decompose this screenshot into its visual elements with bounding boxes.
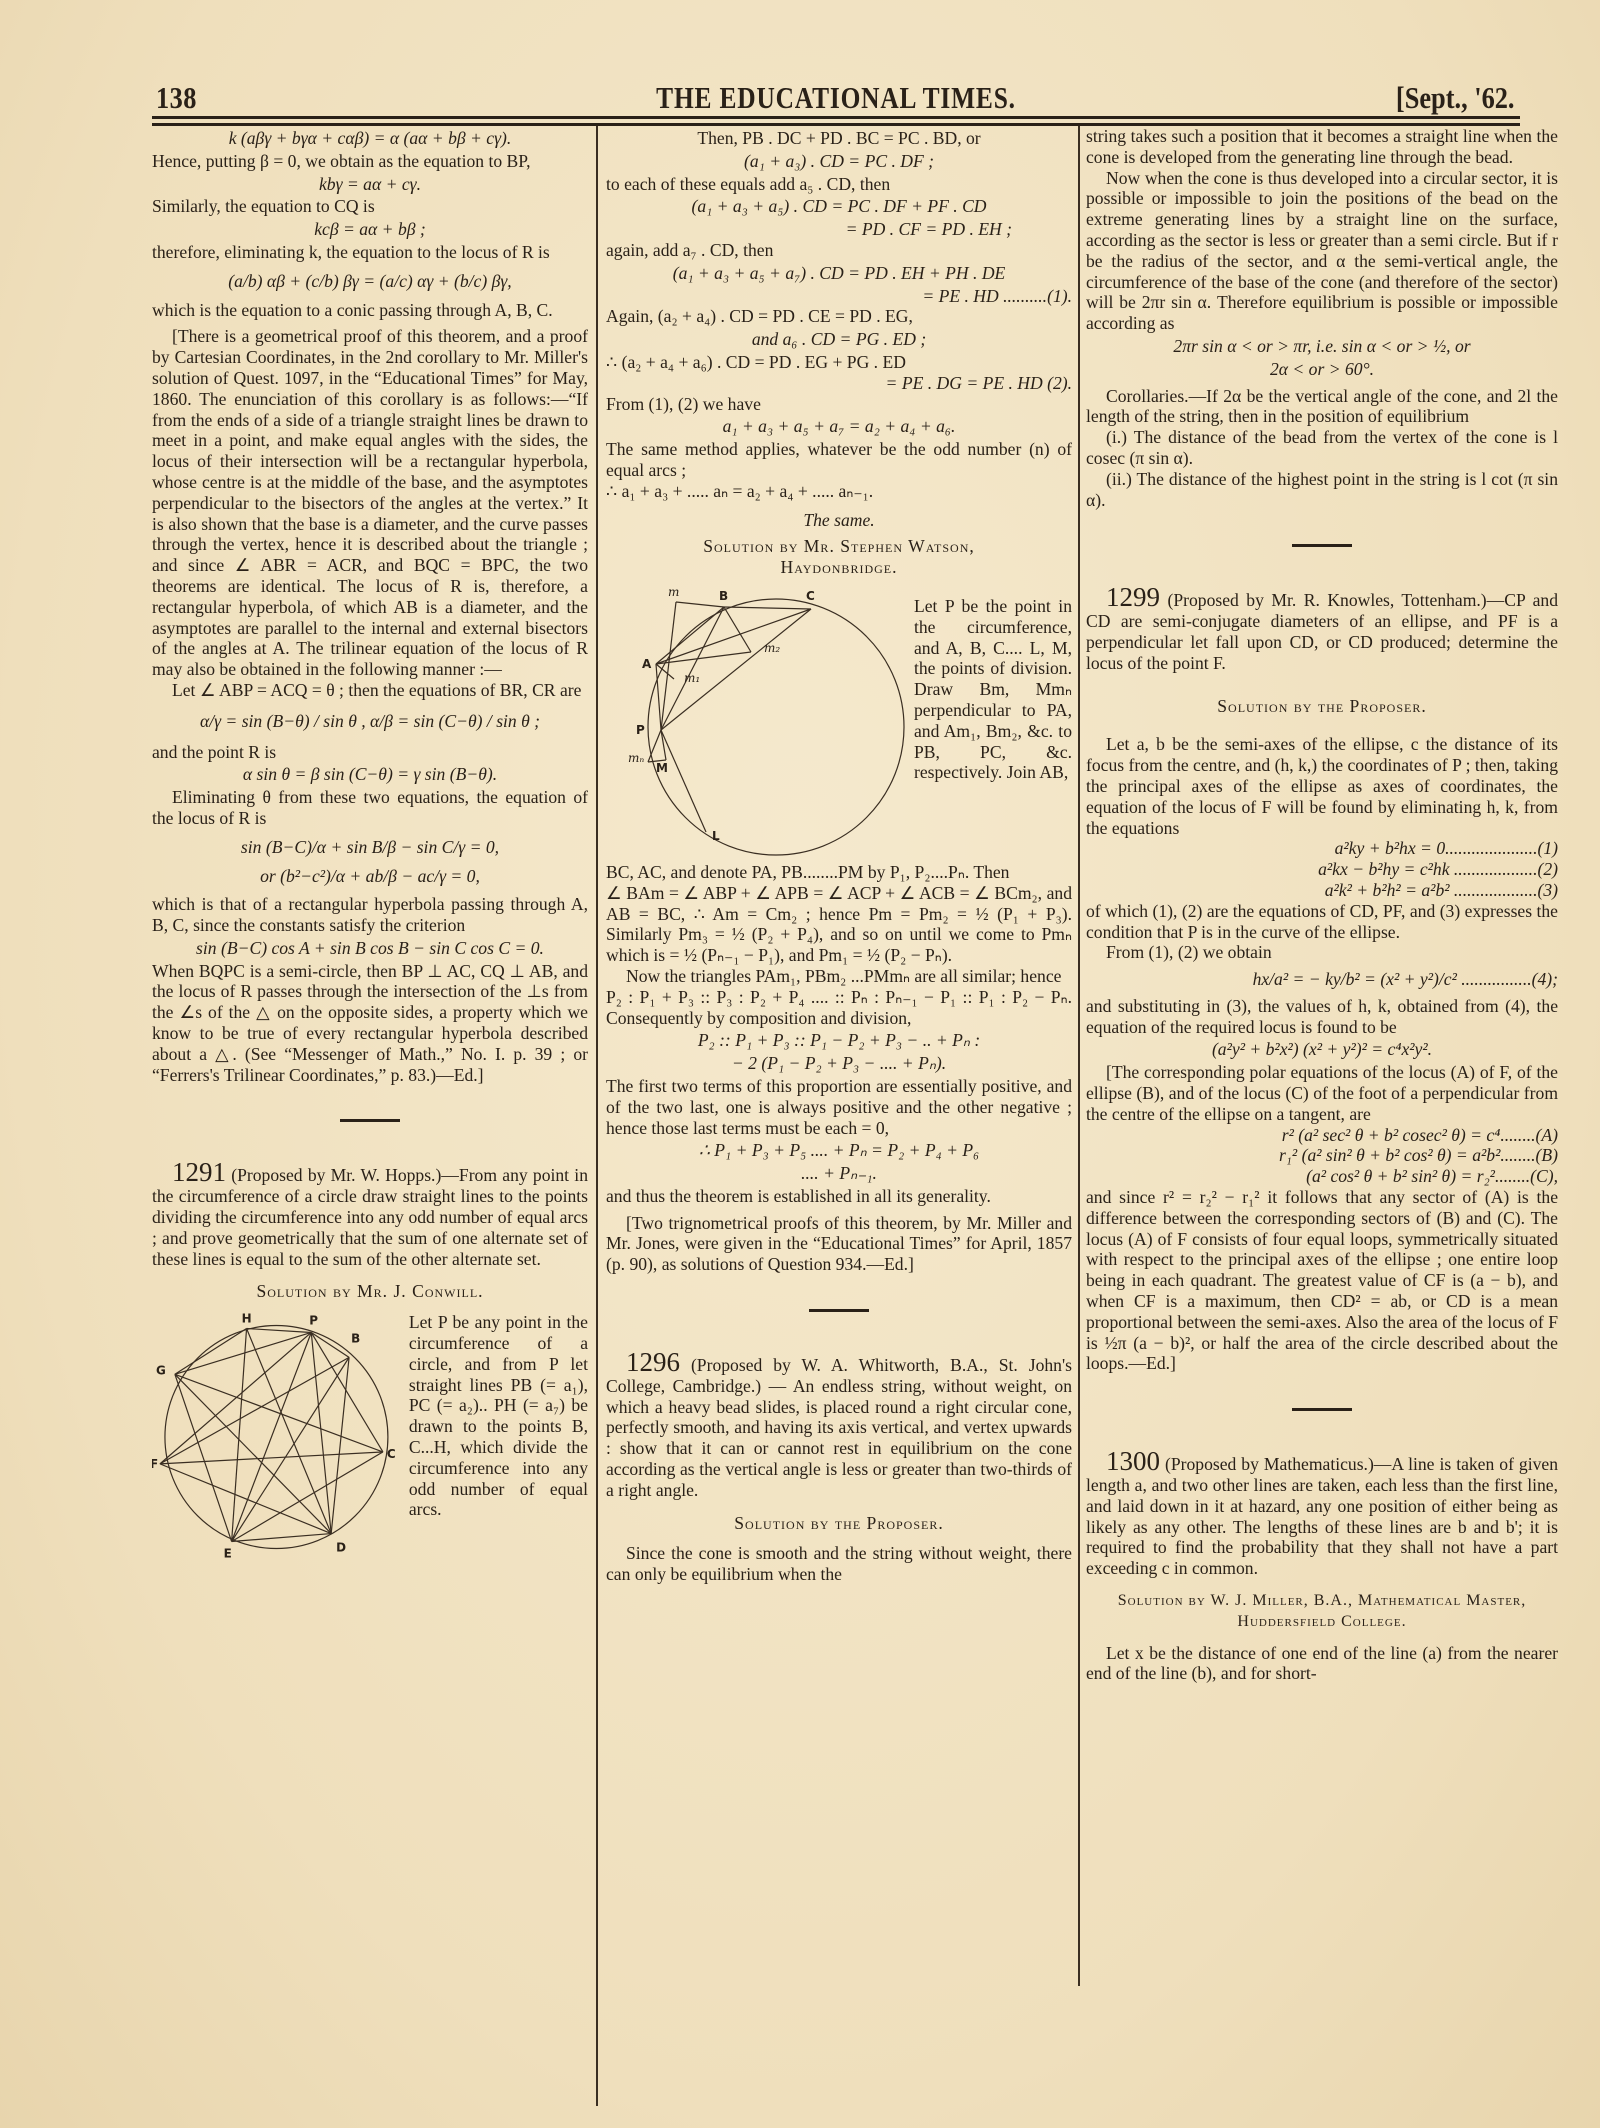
circle-division-figure: m BC A m₂ m₁ P mₙ M L [606,582,906,862]
svg-text:D: D [336,1541,346,1555]
question-number: 1296 [626,1347,680,1377]
column-rule-1 [596,126,598,2106]
editor-note: [Two trignometrical proofs of this theor… [606,1213,1072,1275]
equation: and a₆ . CD = PG . ED ; [606,329,1072,350]
paragraph: From (1), (2) we obtain [1086,942,1558,963]
svg-text:B: B [351,1332,360,1346]
paragraph: From (1), (2) we have [606,394,1072,415]
paragraph: The same method applies, whatever be the… [606,439,1072,481]
paragraph: therefore, eliminating k, the equation t… [152,242,588,263]
equation: 2α < or > 60°. [1086,359,1558,380]
question-1296: 1296 (Proposed by W. A. Whitworth, B.A.,… [606,1352,1072,1501]
paragraph: Similarly, the equation to CQ is [152,196,588,217]
paragraph: Again, (a₂ + a₄) . CD = PD . CE = PD . E… [606,306,1072,327]
equation: (a₁ + a₃ + a₅ + a₇) . CD = PD . EH + PH … [606,263,1072,284]
watson-figure-block: m BC A m₂ m₁ P mₙ M L Let P be the point… [606,582,1072,862]
subheading-the-same: The same. [606,510,1072,531]
equation: P₂ :: P₁ + P₃ :: P₁ − P₂ + P₃ − .. + Pₙ … [606,1030,1072,1051]
paragraph: which is the equation to a conic passing… [152,300,588,321]
equation: kbγ = aα + cγ. [152,174,588,195]
corollary-2: (ii.) The distance of the highest point … [1086,469,1558,511]
equation-C: (a² cos² θ + b² sin² θ) = r₂²........(C)… [1086,1166,1558,1187]
equation: (a₁ + a₃) . CD = PC . DF ; [606,151,1072,172]
paragraph: Let ∠ ABP = ACQ = θ ; then the equations… [152,680,588,701]
svg-text:C: C [806,589,815,603]
solution-heading: Solution by W. J. Miller, B.A., Mathemat… [1086,1591,1558,1633]
paragraph: Let a, b be the semi-axes of the ellipse… [1086,734,1558,838]
equation-locus-alt: or (b²−c²)/α + ab/β − ac/γ = 0, [152,866,588,887]
solution-heading: Solution by the Proposer. [606,1513,1072,1534]
equation-conic: (a/b) αβ + (c/b) βγ = (a/c) αγ + (b/c) β… [152,271,588,292]
question-number: 1300 [1106,1446,1160,1476]
section-divider [1292,544,1352,547]
svg-text:mₙ: mₙ [628,751,644,765]
equation: ∴ P₁ + P₃ + P₅ .... + Pₙ = P₂ + P₄ + P₆ [606,1140,1072,1161]
equation-locus: sin (B−C)/α + sin B/β − sin C/γ = 0, [152,837,588,858]
corollary-1: (i.) The distance of the bead from the v… [1086,427,1558,469]
equation-2: = PE . DG = PE . HD (2). [606,373,1072,394]
equation-A: r² (a² sec² θ + b² cosec² θ) = c⁴.......… [1086,1125,1558,1146]
paragraph: Hence, putting β = 0, we obtain as the e… [152,151,588,172]
svg-text:B: B [719,589,728,603]
equation: 2πr sin α < or > πr, i.e. sin α < or > ½… [1086,336,1558,357]
paragraph: and substituting in (3), the values of h… [1086,996,1558,1038]
svg-text:m: m [668,585,679,599]
editor-note: [The corresponding polar equations of th… [1086,1062,1558,1124]
paragraph: ∠ BAm = ∠ ABP + ∠ APB = ∠ ACP + ∠ ACB = … [606,883,1072,966]
equation-criterion: sin (B−C) cos A + sin B cos B − sin C co… [152,938,588,959]
journal-title: THE EDUCATIONAL TIMES. [275,80,1397,116]
paragraph: Now when the cone is thus developed into… [1086,168,1558,334]
equation: (a₁ + a₃ + a₅) . CD = PC . DF + PF . CD [606,196,1072,217]
paragraph: of which (1), (2) are the equations of C… [1086,901,1558,943]
equation: a₁ + a₃ + a₅ + a₇ = a₂ + a₄ + a₆. [606,416,1072,437]
svg-text:C: C [387,1447,396,1461]
svg-text:E: E [224,1547,232,1561]
equation: − 2 (P₁ − P₂ + P₃ − .... + Pₙ). [606,1053,1072,1074]
svg-text:P: P [636,723,645,737]
conwill-solution-text: Let P be any point in the circumference … [409,1312,588,1562]
page-number: 138 [156,80,197,116]
paragraph: Since the cone is smooth and the string … [606,1543,1072,1585]
paragraph: and the point R is [152,742,588,763]
paragraph: again, add a₇ . CD, then [606,240,1072,261]
svg-text:m₁: m₁ [684,671,700,685]
svg-text:M: M [656,761,668,775]
solution-heading: Solution by Mr. J. Conwill. [152,1281,588,1302]
paragraph: which is that of a rectangular hyperbola… [152,894,588,936]
equation-1: a²ky + b²hx = 0.....................(1) [1086,838,1558,859]
svg-text:A: A [642,657,652,671]
svg-text:G: G [156,1364,166,1378]
issue-date: [Sept., '62. [1395,80,1514,116]
section-divider [809,1309,869,1312]
paragraph: Let x be the distance of one end of the … [1086,1643,1558,1685]
header-double-rule [152,116,1520,126]
solution-heading: Solution by Mr. Stephen Watson, [606,536,1072,557]
paragraph: Now the triangles PAm₁, PBm₂ ...PMmₙ are… [606,966,1072,987]
equation-B: r₁² (a² sin² θ + b² cos² θ) = a²b²......… [1086,1145,1558,1166]
equation: ∴ a₁ + a₃ + ..... aₙ = a₂ + a₄ + ..... a… [606,481,1072,502]
section-divider [340,1119,400,1122]
editor-note: [There is a geometrical proof of this th… [152,326,588,680]
paragraph-corollaries: Corollaries.—If 2α be the vertical angle… [1086,386,1558,428]
equation: k (aβγ + bγα + cαβ) = α (aα + bβ + cγ). [152,128,588,149]
equation-3: a²k² + b²h² = a²b² ...................(3… [1086,880,1558,901]
equation-br-cr: α/γ = sin (B−θ) / sin θ , α/β = sin (C−θ… [152,711,588,732]
svg-text:F: F [152,1457,158,1471]
equation-1: = PE . HD ..........(1). [606,286,1072,307]
svg-text:m₂: m₂ [764,641,780,655]
section-divider [1292,1408,1352,1411]
solution-heading: Solution by the Proposer. [1086,696,1558,717]
equation-4: hx/a² = − ky/b² = (x² + y²)/c² .........… [1086,969,1558,990]
question-1291: 1291 (Proposed by Mr. W. Hopps.)—From an… [152,1162,588,1269]
equation: kcβ = aα + bβ ; [152,219,588,240]
nonagon-circle-figure: HPB GCF ED [152,1312,401,1562]
paragraph: and thus the theorem is established in a… [606,1186,1072,1207]
equation: ∴ (a₂ + a₄ + a₆) . CD = PD . EG + PG . E… [606,352,1072,373]
paragraph: The first two terms of this proportion a… [606,1076,1072,1138]
svg-text:P: P [309,1314,318,1328]
paragraph: P₂ : P₁ + P₃ :: P₃ : P₂ + P₄ .... :: Pₙ … [606,987,1072,1029]
middle-column: Then, PB . DC + PD . BC = PC . BD, or (a… [606,126,1072,1585]
question-number: 1299 [1106,582,1160,612]
question-1299: 1299 (Proposed by Mr. R. Knowles, Totten… [1086,587,1558,673]
right-column: string takes such a position that it bec… [1086,126,1558,1684]
watson-solution-text: Let P be the point in the circumference,… [914,596,1072,862]
paragraph: string takes such a position that it bec… [1086,126,1558,168]
left-column: k (aβγ + bγα + cαβ) = α (aα + bβ + cγ). … [152,126,588,1562]
paragraph: When BQPC is a semi-circle, then BP ⊥ AC… [152,961,588,1086]
question-number: 1291 [172,1157,226,1187]
solution-heading-place: Haydonbridge. [606,557,1072,578]
equation-2: a²kx − b²hy = c²hk ...................(2… [1086,859,1558,880]
svg-text:L: L [712,829,720,843]
page-header: 138 THE EDUCATIONAL TIMES. [Sept., '62. [152,74,1520,122]
svg-text:H: H [242,1312,252,1326]
question-1300: 1300 (Proposed by Mathematicus.)—A line … [1086,1451,1558,1579]
paragraph: Eliminating θ from these two equations, … [152,787,588,829]
equation-locus: (a²y² + b²x²) (x² + y²)² = c⁴x²y². [1086,1039,1558,1060]
paragraph: and since r² = r₂² − r₁² it follows that… [1086,1187,1558,1374]
equation: Then, PB . DC + PD . BC = PC . BD, or [606,128,1072,149]
conwill-figure-block: HPB GCF ED Let P be any point in the cir… [152,1312,588,1562]
equation: α sin θ = β sin (C−θ) = γ sin (B−θ). [152,764,588,785]
equation: = PD . CF = PD . EH ; [606,219,1072,240]
paragraph: to each of these equals add a₅ . CD, the… [606,174,1072,195]
column-rule-2 [1078,126,1080,1986]
paragraph: BC, AC, and denote PA, PB........PM by P… [606,862,1072,883]
equation: .... + Pₙ₋₁. [606,1163,1072,1184]
